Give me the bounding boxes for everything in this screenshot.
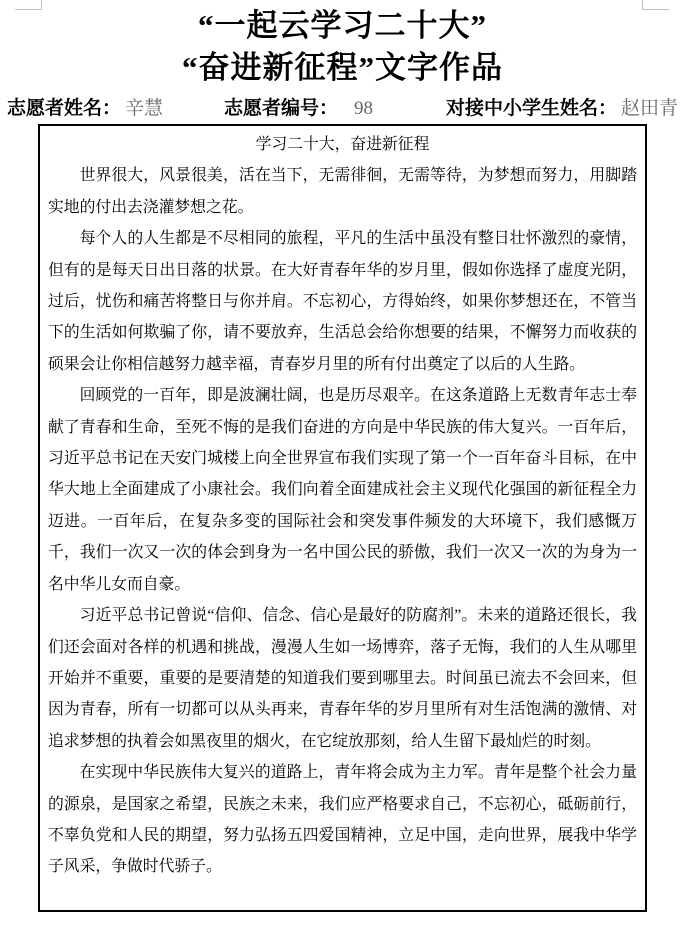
document-title-line2: “奋进新征程”文字作品 [0, 47, 685, 89]
student-name-label: 对接中小学生姓名： [446, 97, 617, 121]
essay-paragraph: 每个人的人生都是不尽相同的旅程，平凡的生活中虽没有整日壮怀激烈的豪情，但有的是每… [48, 223, 637, 380]
document-page: “一起云学习二十大” “奋进新征程”文字作品 志愿者姓名： 辛慧 志愿者编号： … [0, 0, 685, 942]
document-title: “一起云学习二十大” “奋进新征程”文字作品 [0, 0, 685, 89]
essay-paragraph: 在实现中华民族伟大复兴的道路上，青年将会成为主力军。青年是整个社会力量的源泉，是… [48, 757, 637, 883]
essay-paragraph: 世界很大，风景很美，活在当下，无需徘徊，无需等待，为梦想而努力，用脚踏实地的付出… [48, 160, 637, 223]
volunteer-name-label: 志愿者姓名： [7, 97, 121, 121]
volunteer-name-group: 志愿者姓名： 辛慧 [7, 97, 163, 121]
margin-crop-mark-top-left [15, 0, 42, 10]
essay-box: 学习二十大，奋进新征程 世界很大，风景很美，活在当下，无需徘徊，无需等待，为梦想… [38, 124, 647, 912]
volunteer-id-group: 志愿者编号： 98 [224, 97, 385, 121]
document-title-line1: “一起云学习二十大” [0, 5, 685, 47]
volunteer-id-value: 98 [342, 97, 385, 121]
essay-paragraph: 回顾党的一百年，即是波澜壮阔，也是历尽艰辛。在这条道路上无数青年志士奉献了青春和… [48, 380, 637, 600]
volunteer-name-value: 辛慧 [125, 97, 163, 121]
student-name-group: 对接中小学生姓名： 赵田青 [446, 97, 678, 121]
essay-title: 学习二十大，奋进新征程 [48, 129, 637, 160]
essay-paragraph: 习近平总书记曾说“信仰、信念、信心是最好的防腐剂”。未来的道路还很长，我们还会面… [48, 600, 637, 757]
volunteer-id-label: 志愿者编号： [224, 97, 338, 121]
volunteer-info-row: 志愿者姓名： 辛慧 志愿者编号： 98 对接中小学生姓名： 赵田青 [0, 97, 685, 121]
margin-crop-mark-top-right [642, 0, 669, 10]
student-name-value: 赵田青 [621, 97, 678, 121]
